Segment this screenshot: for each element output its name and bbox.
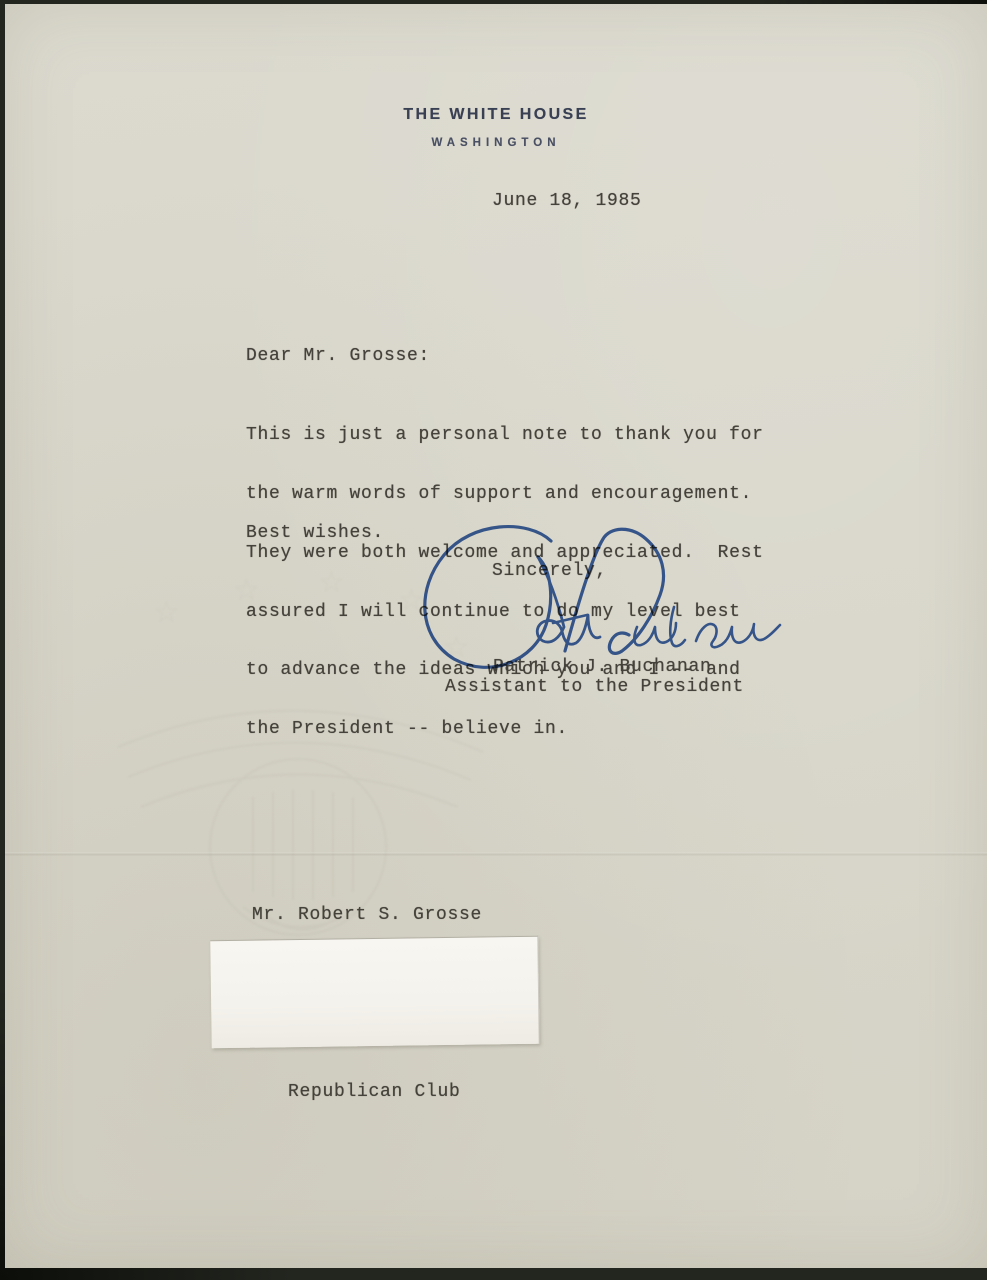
letter-body: This is just a personal note to thank yo… — [246, 387, 764, 779]
salutation: Dear Mr. Grosse: — [246, 347, 430, 367]
signer-typed-title: Assistant to the President — [445, 678, 744, 698]
address-cover-slip — [210, 936, 539, 1049]
signer-typed-name: Patrick J. Buchanan — [493, 658, 712, 678]
recipient-line: Mr. Robert S. Grosse — [252, 906, 540, 926]
body-line: assured I will continue to do my level b… — [246, 603, 764, 623]
recipient-line: Republican Club — [288, 1083, 540, 1103]
body-line: This is just a personal note to thank yo… — [246, 426, 764, 446]
fold-crease — [5, 852, 987, 856]
farewell-line: Best wishes. — [246, 524, 384, 544]
letter-paper: ☆ ☆ ☆ ☆ ☆ THE WHITE HOUSE WASHINGTON Jun… — [5, 4, 987, 1268]
letterhead-title: THE WHITE HOUSE — [5, 106, 987, 124]
date-line: June 18, 1985 — [492, 192, 642, 212]
letter-photo: ☆ ☆ ☆ ☆ ☆ THE WHITE HOUSE WASHINGTON Jun… — [0, 0, 987, 1280]
body-line: the President -- believe in. — [246, 720, 764, 740]
svg-text:☆: ☆ — [153, 596, 180, 629]
valediction-line: Sincerely, — [492, 562, 607, 582]
letterhead-subtitle: WASHINGTON — [5, 137, 987, 149]
body-line: the warm words of support and encouragem… — [246, 485, 764, 505]
